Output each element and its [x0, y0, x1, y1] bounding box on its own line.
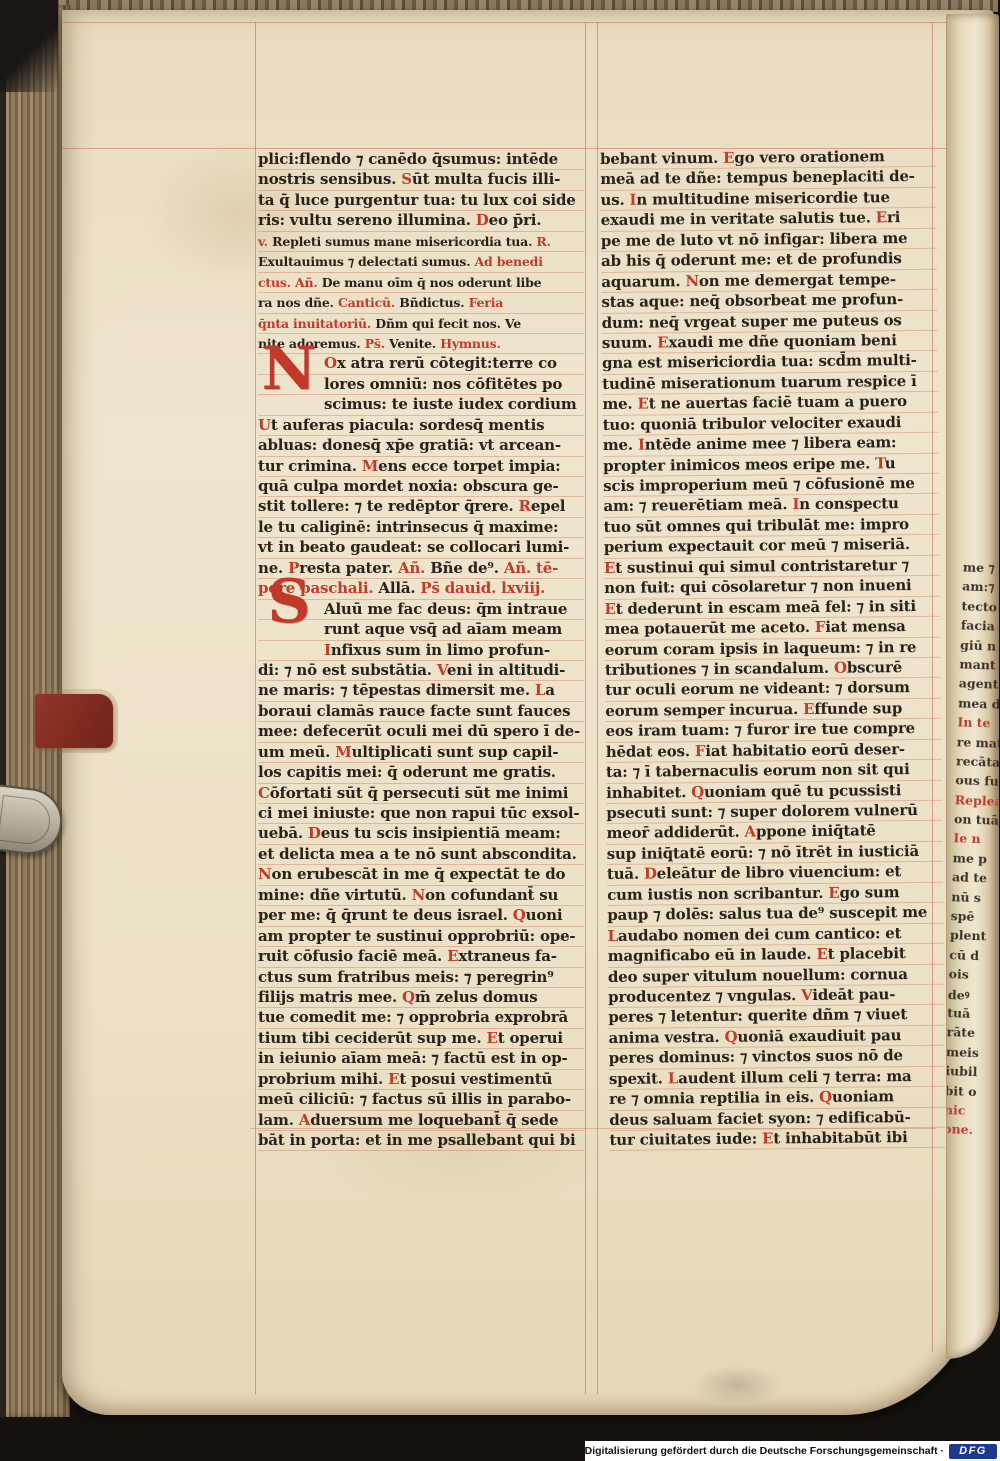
text-line: um meū. Multiplicati sunt sup capil- [258, 743, 584, 763]
edge-text-fragment: plent [950, 928, 997, 949]
edge-text-fragment: nū s [951, 889, 998, 910]
edge-text-fragment: ois [948, 966, 995, 987]
edge-text-fragment: am:⁊ [962, 579, 999, 600]
digitization-credit-bar: Digitalisierung gefördert durch die Deut… [585, 1441, 1000, 1461]
edge-text-fragment: agent [958, 676, 999, 697]
ruling-line-gutter-1 [585, 22, 586, 1394]
dfg-logo: DFG [949, 1444, 997, 1459]
text-line: v. Repleti sumus mane misericordia tua. … [258, 232, 584, 252]
text-line: Exultauimus ⁊ delectati sumus. Ad benedi [258, 252, 584, 272]
text-line: stit tollere: ⁊ te redēptor q̄rere. Repe… [258, 497, 584, 517]
ruling-line-left-column [255, 22, 256, 1394]
text-line: vt in beato gaudeat: se collocari lumi- [258, 538, 584, 558]
edge-text-fragment: Ie n [953, 831, 999, 852]
text-line: nostris sensibus. Sūt multa fucis illi- [258, 170, 584, 190]
text-line: le tu caliginē: intrinsecus q̄ maxime: [258, 518, 584, 538]
edge-text-fragment: iubil [946, 1063, 992, 1084]
page-edge-fragments: me ⁊am:⁊tectofaciagiū nmantagentmea dIn … [946, 559, 999, 1142]
next-page-curled-edge: me ⁊am:⁊tectofaciagiū nmantagentmea dIn … [946, 14, 999, 1359]
edge-text-fragment: spē [950, 908, 997, 929]
edge-text-fragment: tuā [947, 1005, 994, 1026]
text-line: tue comedit me: ⁊ opprobria exprobrā [258, 1008, 584, 1028]
text-line: bāt in porta: et in me psallebant qui bi [258, 1131, 584, 1151]
edge-text-fragment: In te [957, 714, 999, 735]
text-line: tur crimina. Mens ecce torpet impia: [258, 457, 584, 477]
edge-text-fragment: ous fu [955, 773, 999, 794]
text-line: ris: vultu sereno illumina. Deo p̄ri. [258, 211, 584, 231]
edge-text-fragment: recātat [956, 753, 999, 774]
edge-text-fragment: me ⁊ [962, 559, 999, 580]
text-line: Cōfortati sūt q̄ persecuti sūt me inimi [258, 784, 584, 804]
text-line: lam. Aduersum me loquebant̄ q̄ sede [258, 1111, 584, 1131]
text-line: probrium mihi. Et posui vestimentū [258, 1070, 584, 1090]
text-line: ctus sum fratribus meis: ⁊ peregrin⁹ [258, 968, 584, 988]
text-line: per me: q̄ q̄runt te deus israel. Quoni [258, 906, 584, 926]
text-line: tur ciuitates iude: Et inhabitabūt ibi [609, 1128, 945, 1152]
text-line: ctus. Añ. De manu oīm q̄ nos oderunt lib… [258, 273, 584, 293]
text-line: abluas: donesq̄ xp̄e gratiā: vt arcean- [258, 436, 584, 456]
edge-text-fragment: facia [960, 618, 999, 639]
text-line: uebā. Deus tu scis insipientiā meam: [258, 824, 584, 844]
text-line: mine: dñe virtutū. Non cofundant̄ su [258, 886, 584, 906]
text-line: ci mei iniuste: que non rapui tūc exsol- [258, 804, 584, 824]
edge-text-fragment: nic [946, 1102, 990, 1123]
edge-text-fragment: re mat [956, 734, 999, 755]
text-line: ruit cōfusio faciē meā. Extraneus fa- [258, 947, 584, 967]
background-shadow [0, 0, 58, 92]
edge-text-fragment: me p [952, 850, 999, 871]
edge-text-fragment: one. [946, 1121, 990, 1142]
edge-text-fragment: deꝰ [948, 986, 995, 1007]
text-line: Ut auferas piacula: sordesq̄ mentis [258, 416, 584, 436]
text-line: Non erubescāt in me q̄ expectāt te do [258, 865, 584, 885]
text-line: in ieiunio aīam meā: ⁊ factū est in op- [258, 1049, 584, 1069]
edge-text-fragment: ad te [952, 869, 999, 890]
col-right: bebant vinum. Ego vero orationemmeā ad t… [600, 147, 946, 1152]
drop-cap-initial: N [256, 340, 322, 398]
text-line: tium tibi ceciderūt sup me. Et operui [258, 1029, 584, 1049]
text-line: ta q̄ luce purgentur tua: tu lux coi sid… [258, 191, 584, 211]
edge-text-fragment: meis [946, 1044, 992, 1065]
text-line: filijs matris mee. Qm̄ zelus domus [258, 988, 584, 1008]
text-line: los capitis mei: q̄ oderunt me gratis. [258, 763, 584, 783]
text-line: di: ⁊ nō est substātia. Veni in altitudi… [258, 661, 584, 681]
edge-text-fragment: bit o [946, 1083, 991, 1104]
edge-text-fragment: on tuā: [954, 811, 999, 832]
text-line: mee: defecerūt oculi mei dū spero ī de- [258, 722, 584, 742]
edge-text-fragment: rāte [946, 1024, 993, 1045]
ruling-line-top [62, 22, 948, 23]
text-line: plici:flendo ⁊ canēdo q̄sumus: intēde [258, 150, 584, 170]
text-line: quā culpa mordet noxia: obscura ge- [258, 477, 584, 497]
text-line: ra nos dñe. Canticū. Bñdictus. Feria [258, 293, 584, 313]
book-scan-viewport: plici:flendo ⁊ canēdo q̄sumus: intēdenos… [0, 0, 1000, 1461]
ruling-line-gutter-2 [597, 22, 598, 1394]
edge-text-fragment: mea d [958, 695, 999, 716]
text-line: et delicta mea a te nō sunt abscondita. [258, 845, 584, 865]
text-line: Infixus sum in limo profun- [258, 641, 584, 661]
text-line: am propter te sustinui opprobriū: ope- [258, 927, 584, 947]
edge-text-fragment: giū n [960, 637, 999, 658]
text-line: ne maris: ⁊ tēpestas dimersit me. La [258, 681, 584, 701]
credit-text: Digitalisierung gefördert durch die Deut… [585, 1445, 944, 1457]
drop-cap-initial: S [256, 573, 322, 631]
text-line: meū ciliciū: ⁊ factus sū illis in parabo… [258, 1090, 584, 1110]
edge-text-fragment: mant [959, 656, 999, 677]
edge-text-fragment: Replea [954, 792, 999, 813]
text-line: q̄nta inuitatoriū. Dñm qui fecit nos. Ve [258, 314, 584, 334]
leather-bookmark-tab [35, 694, 113, 748]
parchment-smudge [692, 1365, 782, 1405]
col-left: plici:flendo ⁊ canēdo q̄sumus: intēdenos… [258, 150, 584, 1151]
text-line: boraui clamās rauce facte sunt fauces [258, 702, 584, 722]
edge-text-fragment: cū d [949, 947, 996, 968]
edge-text-fragment: tecto [961, 598, 999, 619]
